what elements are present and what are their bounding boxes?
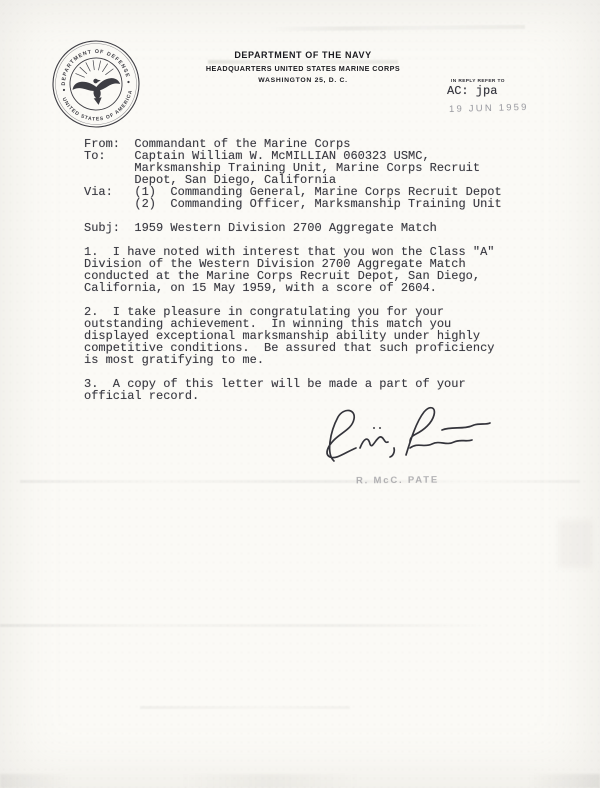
letter-body: From: Commandant of the Marine Corps To:… (84, 138, 544, 414)
address-block: From: Commandant of the Marine Corps To:… (84, 138, 544, 210)
subject-line: Subj: 1959 Western Division 2700 Aggrega… (84, 222, 544, 234)
letterhead-department: DEPARTMENT OF THE NAVY (178, 50, 428, 60)
scan-artifact (270, 25, 525, 31)
reply-refer-code: AC: jpa (447, 84, 497, 98)
paragraph-2: 2. I take pleasure in congratulating you… (84, 306, 544, 366)
department-of-defense-seal-icon: DEPARTMENT OF DEFENSE UNITED STATES OF A… (44, 32, 149, 137)
date-stamp: 19 JUN 1959 (449, 102, 529, 115)
scan-artifact (0, 624, 490, 627)
seal-divider-dot (127, 81, 129, 83)
letterhead-headquarters: HEADQUARTERS UNITED STATES MARINE CORPS (178, 64, 428, 73)
signature-handwritten (322, 404, 502, 474)
seal-divider-dot (63, 89, 65, 91)
scan-artifact (20, 480, 580, 483)
scan-artifact (140, 706, 350, 709)
letterhead-city: WASHINGTON 25, D. C. (178, 77, 428, 84)
letterhead: DEPARTMENT OF THE NAVY HEADQUARTERS UNIT… (178, 50, 428, 84)
eagle-icon (72, 76, 123, 108)
paragraph-3: 3. A copy of this letter will be made a … (84, 378, 544, 402)
scan-artifact (0, 774, 600, 788)
paragraph-1: 1. I have noted with interest that you w… (84, 246, 544, 294)
scan-artifact (558, 520, 592, 568)
signature-stamped-name: R. McC. PATE (356, 475, 439, 487)
scanned-letter-page: DEPARTMENT OF DEFENSE UNITED STATES OF A… (0, 0, 600, 788)
